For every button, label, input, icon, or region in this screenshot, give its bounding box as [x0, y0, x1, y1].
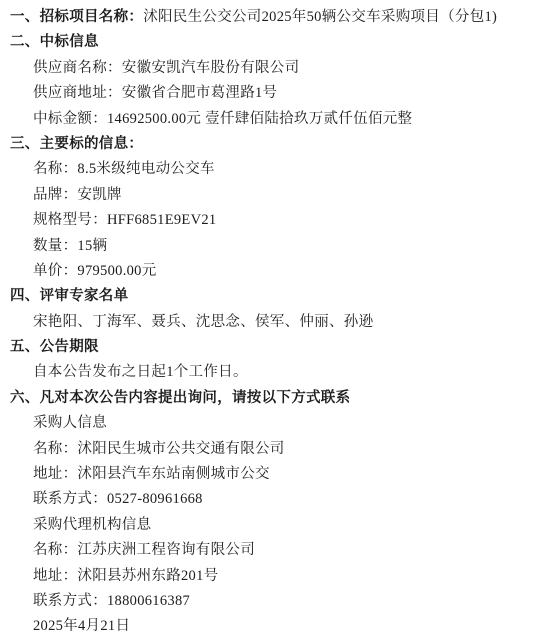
purchaser-name-text: 名称：沭阳民生城市公共交通有限公司 — [33, 441, 285, 457]
section-4-experts-heading: 四、评审专家名单 — [10, 284, 544, 309]
purchaser-info-label: 采购人信息 — [10, 411, 544, 436]
announcement-document: 一、招标项目名称：沭阳民生公交公司2025年50辆公交车采购项目（分包1)二、中… — [0, 0, 550, 640]
announcement-period-text: 自本公告发布之日起1个工作日。 — [33, 364, 248, 380]
announcement-period: 自本公告发布之日起1个工作日。 — [10, 360, 544, 385]
section-5-period-heading-label: 五、公告期限 — [10, 339, 99, 355]
award-amount-text: 中标金额：14692500.00元 壹仟肆佰陆拾玖万贰仟伍佰元整 — [33, 111, 412, 127]
agency-info-label-text: 采购代理机构信息 — [33, 517, 151, 533]
expert-list-text: 宋艳阳、丁海军、聂兵、沈思念、侯军、仲丽、孙逊 — [33, 314, 373, 330]
purchaser-name: 名称：沭阳民生城市公共交通有限公司 — [10, 437, 544, 462]
section-6-contact-heading-label: 六、凡对本次公告内容提出询问，请按以下方式联系 — [10, 390, 350, 406]
supplier-address-text: 供应商地址：安徽省合肥市葛浬路1号 — [33, 85, 277, 101]
supplier-name-text: 供应商名称：安徽安凯汽车股份有限公司 — [33, 60, 299, 76]
agency-contact: 联系方式：18800616387 — [10, 589, 544, 614]
section-5-period-heading: 五、公告期限 — [10, 335, 544, 360]
purchaser-address: 地址：沭阳县汽车东站南侧城市公交 — [10, 462, 544, 487]
expert-list: 宋艳阳、丁海军、聂兵、沈思念、侯军、仲丽、孙逊 — [10, 310, 544, 335]
agency-name-text: 名称：江苏庆洲工程咨询有限公司 — [33, 542, 255, 558]
agency-name: 名称：江苏庆洲工程咨询有限公司 — [10, 538, 544, 563]
section-2-award-info-heading: 二、中标信息 — [10, 30, 544, 55]
announcement-date-text: 2025年4月21日 — [33, 618, 130, 634]
subject-model: 规格型号：HFF6851E9EV21 — [10, 208, 544, 233]
announcement-page: { "page": { "background": "#ffffff", "te… — [0, 0, 550, 640]
announcement-date: 2025年4月21日 — [10, 614, 544, 639]
subject-unit-price: 单价：979500.00元 — [10, 259, 544, 284]
agency-contact-text: 联系方式：18800616387 — [33, 593, 190, 609]
agency-address-text: 地址：沭阳县苏州东路201号 — [33, 568, 218, 584]
subject-quantity: 数量：15辆 — [10, 234, 544, 259]
award-amount: 中标金额：14692500.00元 壹仟肆佰陆拾玖万贰仟伍佰元整 — [10, 107, 544, 132]
subject-model-text: 规格型号：HFF6851E9EV21 — [33, 212, 216, 228]
subject-brand-text: 品牌：安凯牌 — [33, 187, 122, 203]
section-1-tender-project-name: 一、招标项目名称：沭阳民生公交公司2025年50辆公交车采购项目（分包1) — [10, 5, 544, 30]
section-3-subject-info-heading-label: 三、主要标的信息： — [10, 136, 143, 152]
subject-name: 名称：8.5米级纯电动公交车 — [10, 157, 544, 182]
section-6-contact-heading: 六、凡对本次公告内容提出询问，请按以下方式联系 — [10, 386, 544, 411]
section-1-tender-project-name-label: 一、招标项目名称： — [10, 9, 143, 25]
supplier-name: 供应商名称：安徽安凯汽车股份有限公司 — [10, 56, 544, 81]
supplier-address: 供应商地址：安徽省合肥市葛浬路1号 — [10, 81, 544, 106]
purchaser-address-text: 地址：沭阳县汽车东站南侧城市公交 — [33, 466, 270, 482]
subject-quantity-text: 数量：15辆 — [33, 238, 107, 254]
agency-info-label: 采购代理机构信息 — [10, 513, 544, 538]
agency-address: 地址：沭阳县苏州东路201号 — [10, 564, 544, 589]
section-3-subject-info-heading: 三、主要标的信息： — [10, 132, 544, 157]
subject-brand: 品牌：安凯牌 — [10, 183, 544, 208]
section-1-tender-project-name-text: 沭阳民生公交公司2025年50辆公交车采购项目（分包1) — [143, 9, 497, 25]
purchaser-contact-text: 联系方式：0527-80961668 — [33, 491, 203, 507]
section-4-experts-heading-label: 四、评审专家名单 — [10, 288, 128, 304]
purchaser-contact: 联系方式：0527-80961668 — [10, 487, 544, 512]
subject-unit-price-text: 单价：979500.00元 — [33, 263, 157, 279]
purchaser-info-label-text: 采购人信息 — [33, 415, 107, 431]
section-2-award-info-heading-label: 二、中标信息 — [10, 34, 99, 50]
subject-name-text: 名称：8.5米级纯电动公交车 — [33, 161, 215, 177]
